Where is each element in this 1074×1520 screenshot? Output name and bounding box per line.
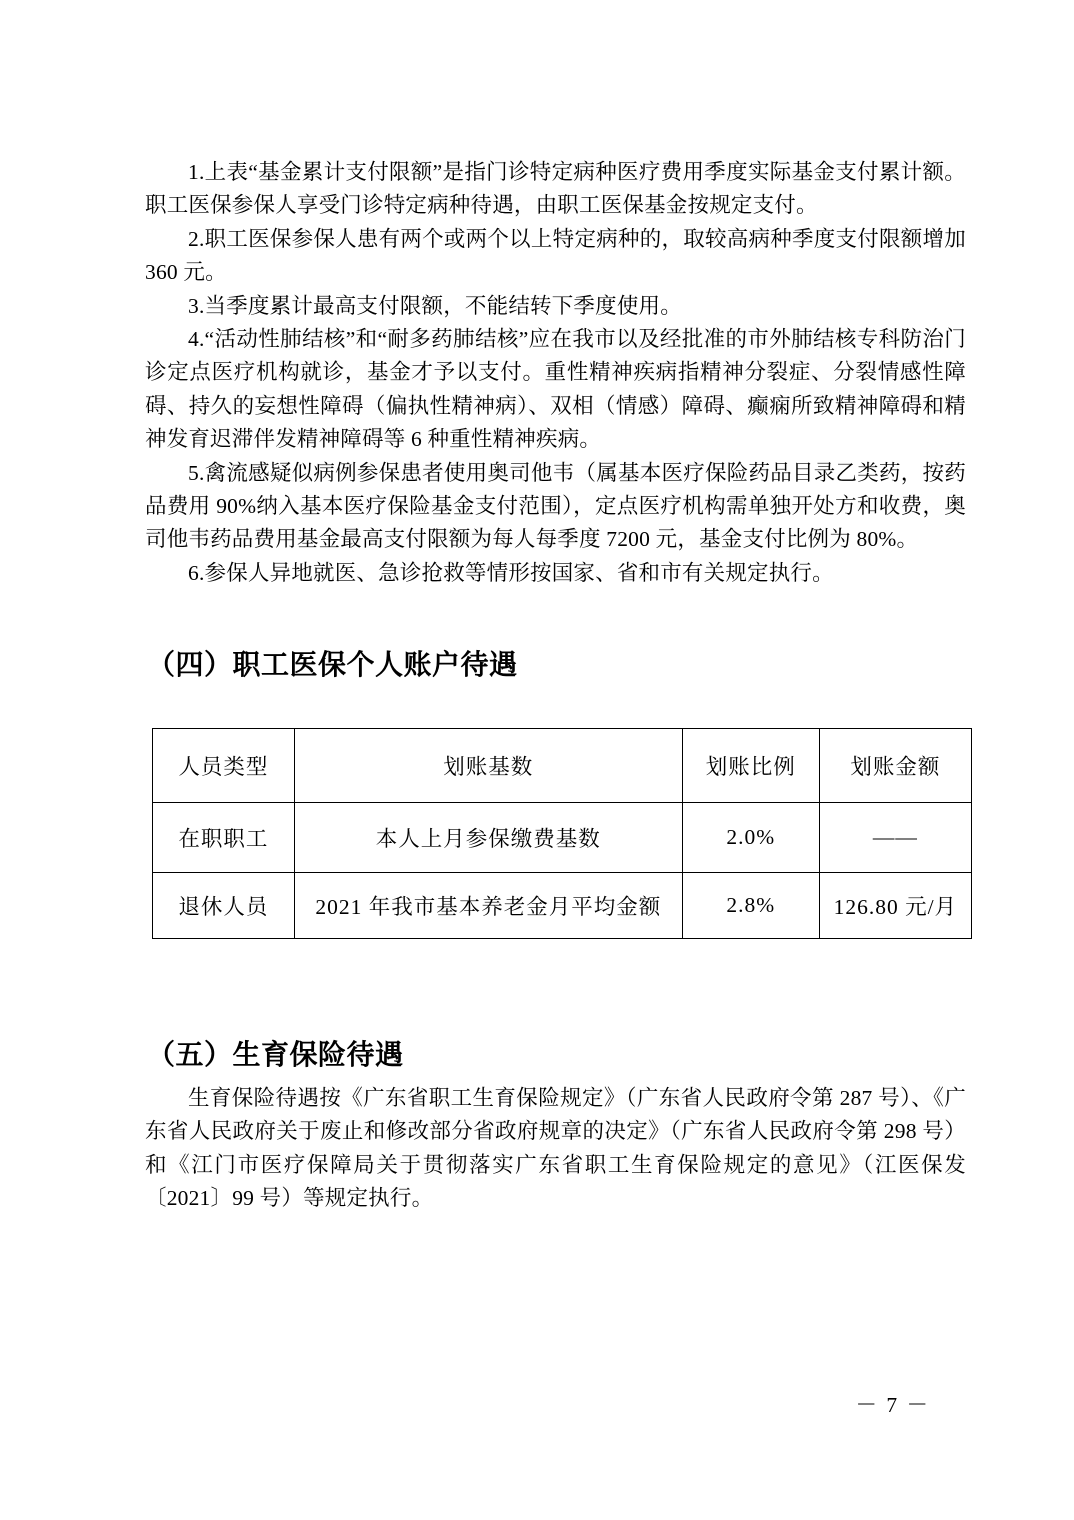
table-cell: 在职职工: [153, 803, 295, 873]
header-credit-base: 划账基数: [294, 729, 682, 803]
document-page: 1.上表“基金累计支付限额”是指门诊特定病种医疗费用季度实际基金支付累计额。职工…: [0, 0, 1074, 1520]
table-row-retiree: 退休人员 2021 年我市基本养老金月平均金额 2.8% 126.80 元/月: [153, 873, 972, 939]
section5-heading: （五）生育保险待遇: [147, 1036, 968, 1076]
header-credit-ratio: 划账比例: [682, 729, 819, 803]
note-paragraph-2: 2.职工医保参保人患有两个或两个以上特定病种的，取较高病种季度支付限额增加 36…: [145, 223, 966, 290]
table-cell: 本人上月参保缴费基数: [294, 803, 682, 873]
page-number: － 7 －: [855, 1388, 930, 1419]
table-cell: 2021 年我市基本养老金月平均金额: [294, 873, 682, 939]
table-cell: 2.8%: [682, 873, 819, 939]
table-cell: 退休人员: [153, 873, 295, 939]
table-row-active-employee: 在职职工 本人上月参保缴费基数 2.0% ——: [153, 803, 972, 873]
note-paragraph-6: 6.参保人异地就医、急诊抢救等情形按国家、省和市有关规定执行。: [145, 557, 966, 590]
note-paragraph-4: 4.“活动性肺结核”和“耐多药肺结核”应在我市以及经批准的市外肺结核专科防治门诊…: [145, 323, 966, 457]
table-cell: ——: [819, 803, 971, 873]
section5-paragraph: 生育保险待遇按《广东省职工生育保险规定》（广东省人民政府令第 287 号）、《广…: [145, 1082, 966, 1216]
table-cell: 126.80 元/月: [819, 873, 971, 939]
note-paragraph-5: 5.禽流感疑似病例参保患者使用奥司他韦（属基本医疗保险药品目录乙类药，按药品费用…: [145, 457, 966, 557]
header-credit-amount: 划账金额: [819, 729, 971, 803]
notes-paragraph-block: 1.上表“基金累计支付限额”是指门诊特定病种医疗费用季度实际基金支付累计额。职工…: [145, 156, 966, 590]
note-paragraph-3: 3.当季度累计最高支付限额，不能结转下季度使用。: [145, 290, 966, 323]
table-cell: 2.0%: [682, 803, 819, 873]
note-paragraph-1: 1.上表“基金累计支付限额”是指门诊特定病种医疗费用季度实际基金支付累计额。职工…: [145, 156, 966, 223]
personal-account-benefit-table: 人员类型 划账基数 划账比例 划账金额 在职职工 本人上月参保缴费基数 2.0%…: [152, 728, 972, 939]
header-person-type: 人员类型: [153, 729, 295, 803]
table-header-row: 人员类型 划账基数 划账比例 划账金额: [153, 729, 972, 803]
section4-heading: （四）职工医保个人账户待遇: [147, 646, 968, 686]
